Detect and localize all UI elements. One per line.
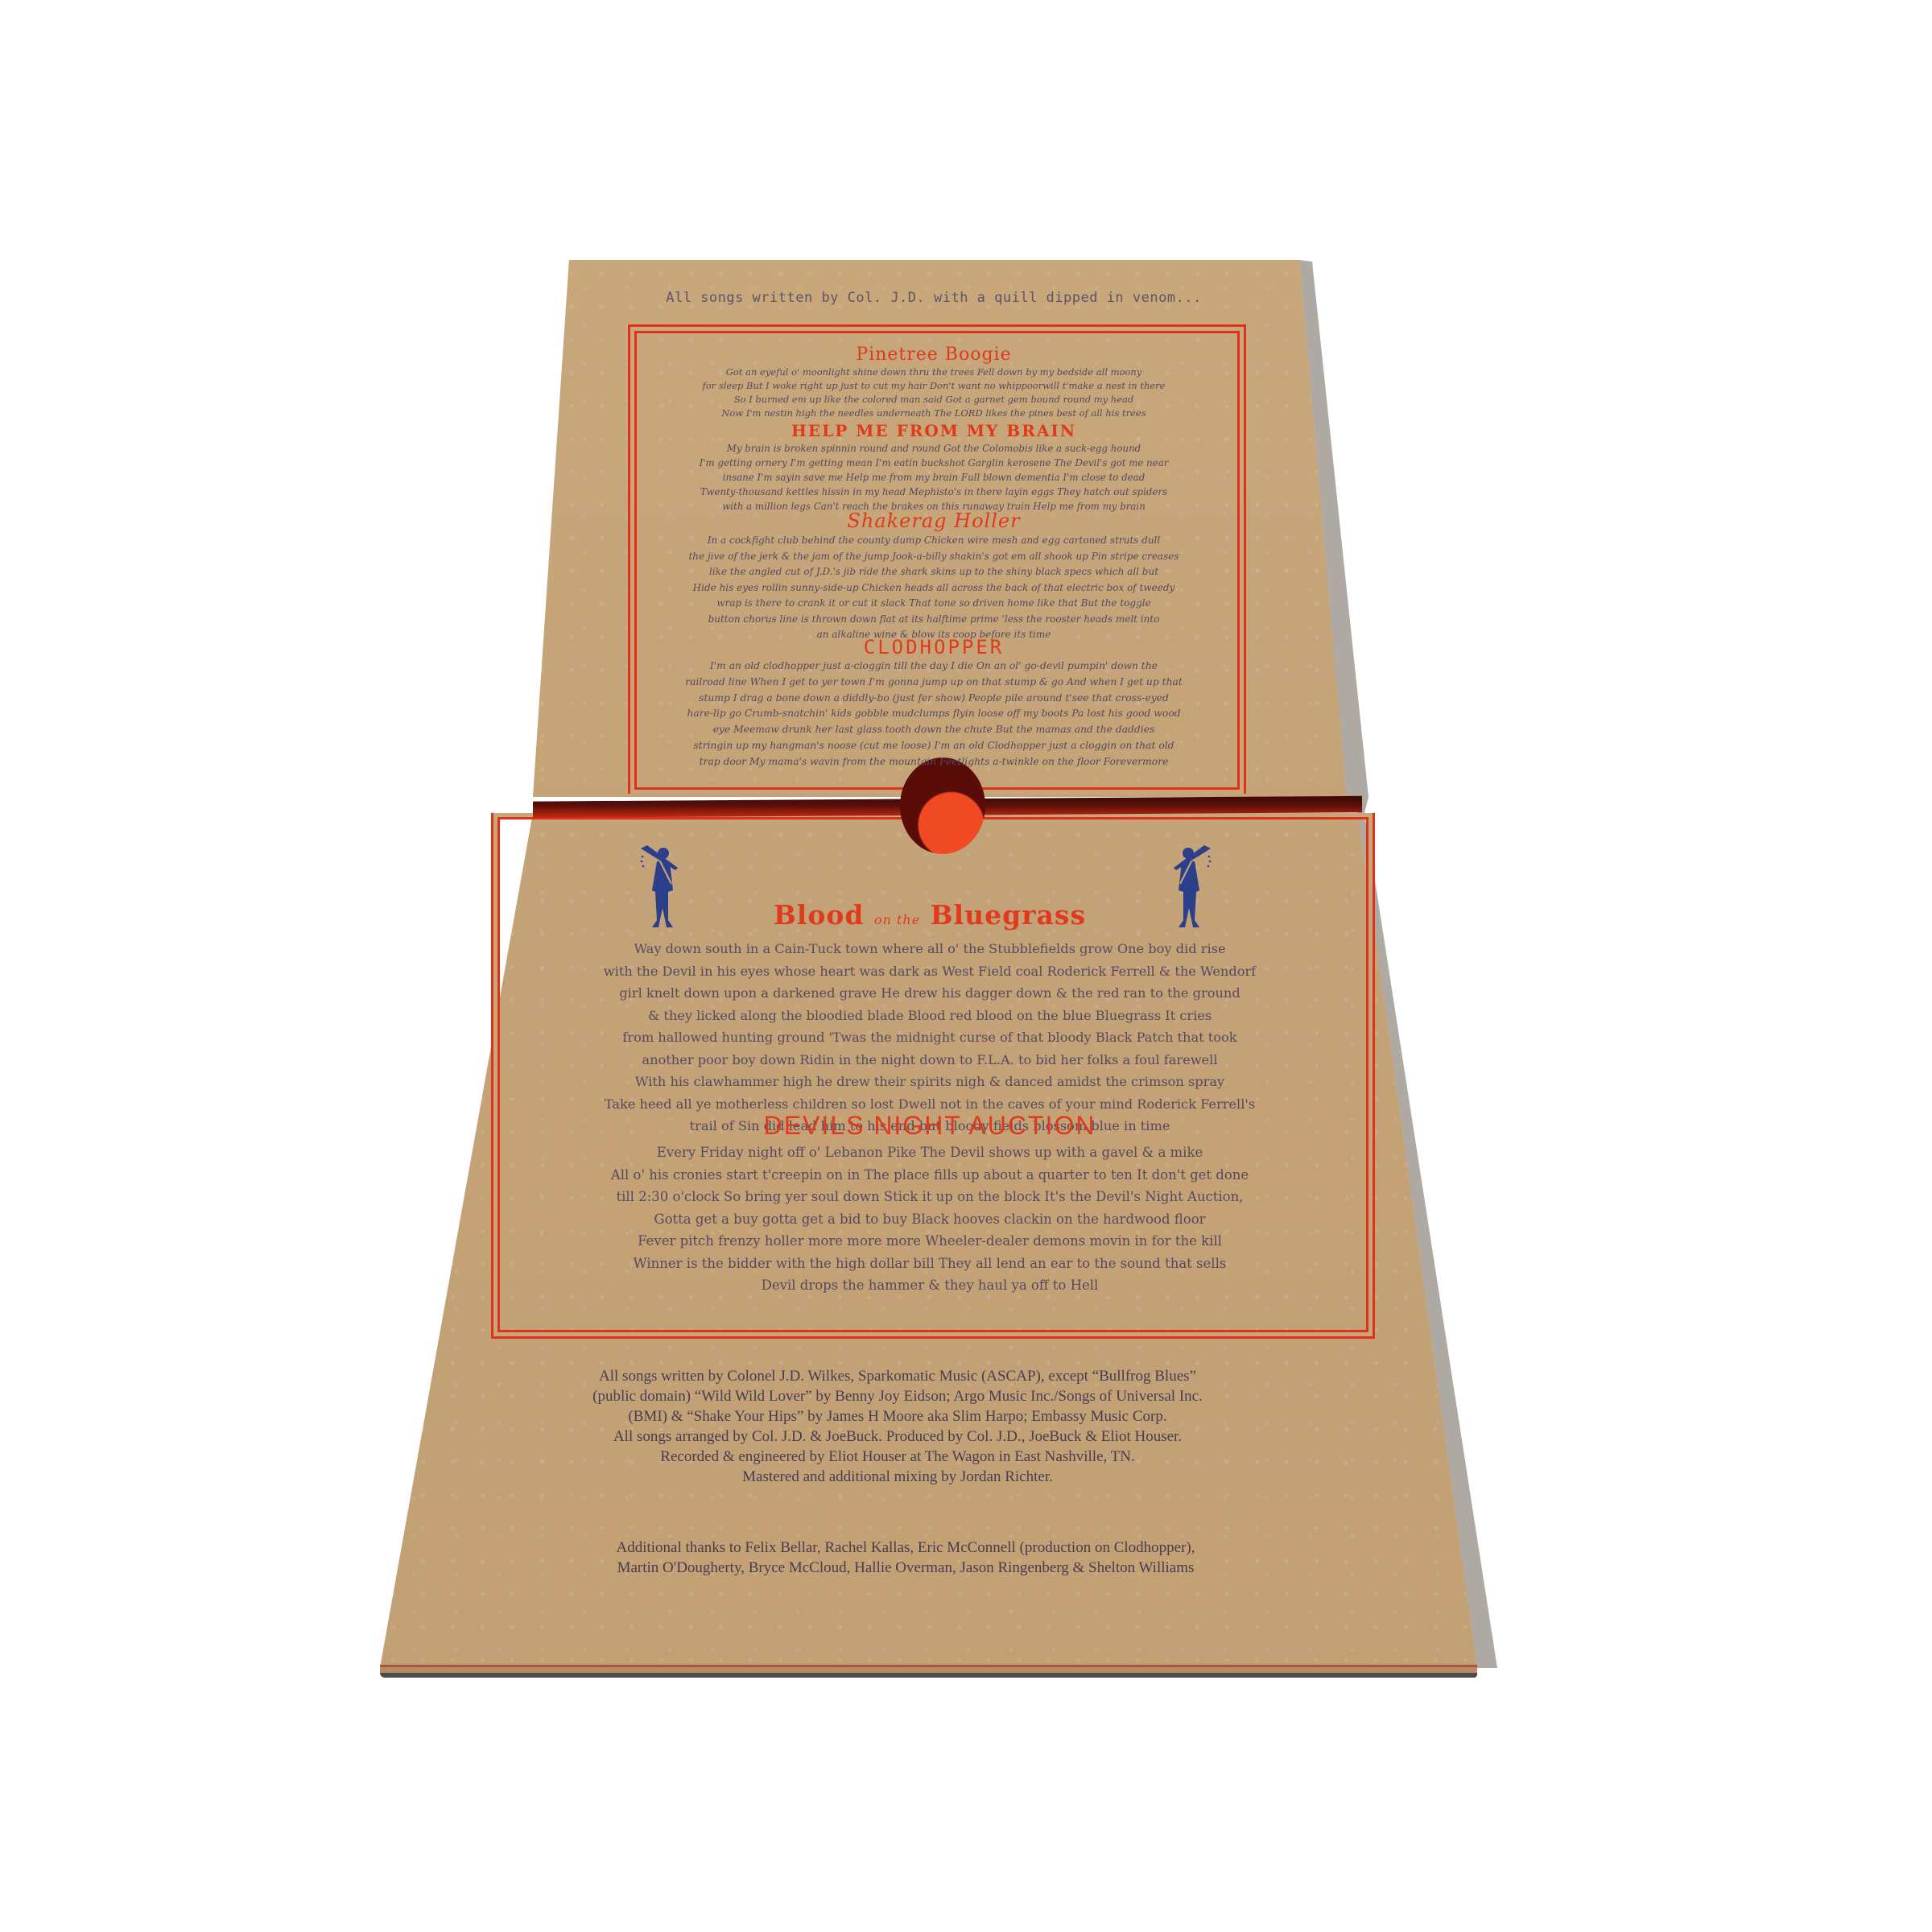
lyric-line: With his clawhammer high he drew their s…: [515, 1071, 1344, 1093]
lyric-line: & they licked along the bloodied blade B…: [515, 1005, 1344, 1027]
song-blood-on-the-bluegrass: Blood on the Bluegrass Way down south in…: [515, 898, 1344, 1137]
thanks-block: Additional thanks to Felix Bellar, Rache…: [451, 1538, 1360, 1578]
lyric-line: I'm an old clodhopper just a-cloggin til…: [620, 658, 1248, 675]
song-help-me-from-my-brain: HELP ME FROM MY BRAIN My brain is broken…: [636, 420, 1232, 514]
lyric-line: trap door My mama's wavin from the mount…: [620, 754, 1248, 770]
lyric-line: Got an eyeful o' moonlight shine down th…: [636, 365, 1232, 379]
lyric-line: I'm getting ornery I'm getting mean I'm …: [636, 456, 1232, 470]
title-word: Bluegrass: [931, 899, 1086, 931]
lyric-line: another poor boy down Ridin in the night…: [515, 1049, 1344, 1071]
song-title: Shakerag Holler: [628, 509, 1240, 533]
lyric-line: wrap is there to crank it or cut it slac…: [628, 596, 1240, 612]
lyric-line: from hallowed hunting ground 'Twas the m…: [515, 1026, 1344, 1049]
lyric-line: Hide his eyes rollin sunny-side-up Chick…: [628, 580, 1240, 597]
credit-line: All songs arranged by Col. J.D. & JoeBuc…: [451, 1426, 1344, 1447]
lyric-line: Twenty-thousand kettles hissin in my hea…: [636, 485, 1232, 499]
thanks-line: Martin O'Dougherty, Bryce McCloud, Halli…: [451, 1558, 1360, 1578]
song-title: Pinetree Boogie: [636, 345, 1232, 365]
liner-notes-sheet: All songs written by Col. J.D. with a qu…: [0, 0, 1932, 1932]
song-shakerag-holler: Shakerag Holler In a cockfight club behi…: [628, 509, 1240, 643]
thanks-line: Additional thanks to Felix Bellar, Rache…: [451, 1538, 1360, 1558]
credit-line: (public domain) “Wild Wild Lover” by Ben…: [451, 1386, 1344, 1406]
lyric-line: insane I'm sayin save me Help me from my…: [636, 470, 1232, 485]
title-word: Blood: [774, 899, 865, 931]
song-pinetree-boogie: Pinetree Boogie Got an eyeful o' moonlig…: [636, 345, 1232, 420]
lyric-line: like the angled cut of J.D.'s jib ride t…: [628, 564, 1240, 580]
lyric-line: My brain is broken spinnin round and rou…: [636, 441, 1232, 456]
song-title: Blood on the Bluegrass: [515, 898, 1344, 938]
song-title: DEVILS NIGHT AUCTION: [515, 1109, 1344, 1141]
lyric-line: Devil drops the hammer & they haul ya of…: [515, 1274, 1344, 1297]
lyric-line: with the Devil in his eyes whose heart w…: [515, 960, 1344, 983]
lyric-line: hare-lip go Crumb-snatchin' kids gobble …: [620, 706, 1248, 722]
credit-line: Recorded & engineered by Eliot Houser at…: [451, 1447, 1344, 1467]
lyric-line: In a cockfight club behind the county du…: [628, 533, 1240, 549]
lyric-line: for sleep But I woke right up just to cu…: [636, 379, 1232, 393]
song-title: HELP ME FROM MY BRAIN: [636, 420, 1232, 441]
title-word: on the: [874, 912, 920, 927]
credit-line: (BMI) & “Shake Your Hips” by James H Moo…: [451, 1406, 1344, 1426]
lyric-line: All o' his cronies start t'creepin on in…: [515, 1164, 1344, 1187]
lyric-line: eye Meemaw drunk her last glass tooth do…: [620, 722, 1248, 738]
credit-line: Mastered and additional mixing by Jordan…: [451, 1467, 1344, 1487]
song-title: CLODHOPPER: [620, 636, 1248, 658]
lyric-line: railroad line When I get to yer town I'm…: [620, 675, 1248, 691]
lyric-line: Fever pitch frenzy holler more more more…: [515, 1230, 1344, 1253]
lyric-line: Winner is the bidder with the high dolla…: [515, 1253, 1344, 1275]
song-devils-night-auction: DEVILS NIGHT AUCTION Every Friday night …: [515, 1109, 1344, 1297]
lyric-line: girl knelt down upon a darkened grave He…: [515, 982, 1344, 1005]
lyric-line: Way down south in a Cain-Tuck town where…: [515, 938, 1344, 960]
credit-line: All songs written by Colonel J.D. Wilkes…: [451, 1366, 1344, 1386]
lyric-line: So I burned em up like the colored man s…: [636, 393, 1232, 407]
lyric-line: Every Friday night off o' Lebanon Pike T…: [515, 1141, 1344, 1164]
lyric-line: till 2:30 o'clock So bring yer soul down…: [515, 1186, 1344, 1208]
song-clodhopper: CLODHOPPER I'm an old clodhopper just a-…: [620, 636, 1248, 770]
lyric-line: button chorus line is thrown down flat a…: [628, 612, 1240, 628]
lyric-line: the jive of the jerk & the jam of the ju…: [628, 549, 1240, 565]
credits-block: All songs written by Colonel J.D. Wilkes…: [451, 1366, 1344, 1487]
lyric-line: Now I'm nestin high the needles undernea…: [636, 407, 1232, 420]
lyric-line: stringin up my hangman's noose (cut me l…: [620, 738, 1248, 754]
lyric-line: stump I drag a bone down a diddly-bo (ju…: [620, 691, 1248, 707]
tagline: All songs written by Col. J.D. with a qu…: [563, 290, 1304, 306]
lyric-line: Gotta get a buy gotta get a bid to buy B…: [515, 1208, 1344, 1231]
